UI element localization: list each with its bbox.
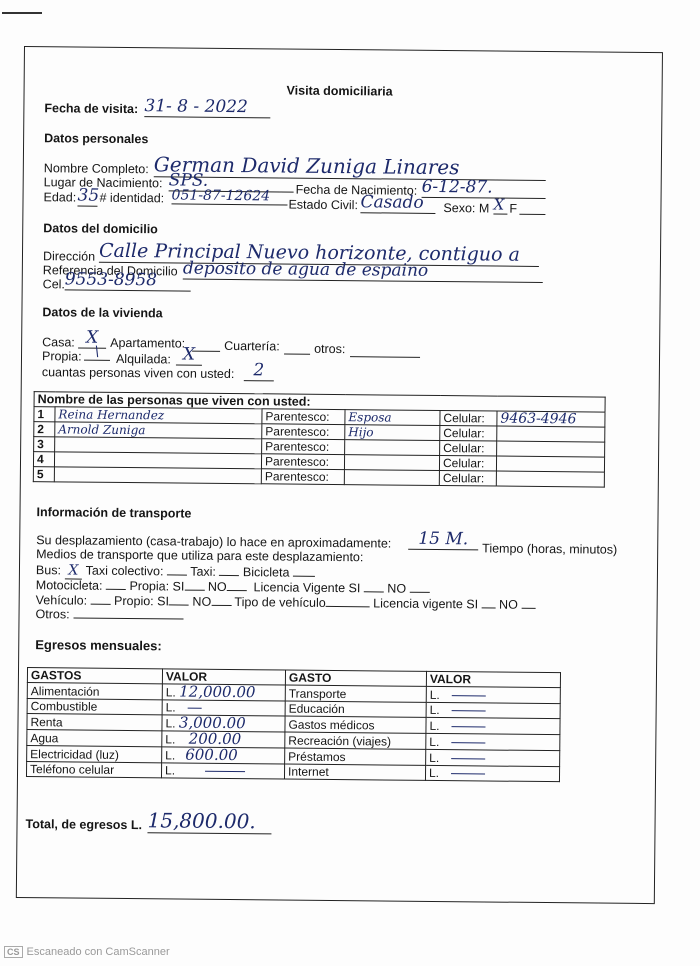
birthdate-value: 6-12-87. [422, 177, 546, 199]
expenses-heading: Egresos mensuales: [35, 637, 162, 653]
commute-value: 15 M. [408, 529, 478, 551]
cel-value: 9553-8958 [65, 269, 191, 291]
alquilada-label: Alquilada: [116, 352, 171, 367]
address-label: Dirección [43, 249, 95, 263]
otros-transport-row: Otros: [35, 605, 183, 622]
propia-label: Propia: [42, 349, 82, 363]
housing-heading: Datos de la vivienda [42, 305, 162, 320]
resident-name [54, 467, 261, 484]
sex-f-label: F [509, 202, 517, 216]
name-label: Nombre Completo: [44, 161, 149, 176]
resident-phone [497, 441, 605, 457]
expense-dash [452, 710, 486, 711]
transport-heading: Información de transporte [36, 505, 191, 520]
expense-dash [451, 773, 485, 774]
commute-unit: Tiempo (horas, minutos) [482, 541, 617, 556]
expense-dash [451, 758, 485, 759]
expenses-table: GASTOS VALOR GASTO VALOR Alimentación L.… [26, 667, 561, 782]
resident-phone [496, 471, 604, 487]
people-label: cuantas personas viven con usted: [42, 365, 235, 381]
visit-date-value: 31- 8 - 2022 [144, 96, 270, 118]
birthplace-label: Lugar de Nacimiento: [44, 175, 163, 190]
resident-relation: Hijo [345, 425, 440, 441]
scanner-watermark: CSEscaneado con CamScanner [4, 946, 170, 958]
sex-m-mark: X [493, 196, 507, 215]
apartamento-label: Apartamento: [110, 336, 185, 351]
residents-table: Nombre de las personas que viven con ust… [33, 391, 606, 487]
resident-relation [344, 455, 439, 471]
otros-label: otros: [314, 342, 345, 356]
form-page: Visita domiciliaria Fecha de visita: 31-… [16, 46, 663, 904]
resident-name: Arnold Zuniga [55, 422, 262, 439]
civil-label: Estado Civil: [288, 198, 358, 213]
resident-relation [345, 440, 440, 456]
expense-dash [451, 742, 485, 743]
cuarteria-label: Cuartería: [224, 339, 280, 354]
sex-label: Sexo: M [443, 201, 489, 215]
id-label: # identidad: [99, 191, 164, 206]
scan-corner-mark [2, 12, 42, 14]
total-value: 15,800.00. [147, 808, 271, 834]
resident-relation [344, 470, 439, 486]
otros-blank [350, 344, 420, 358]
age-label: Edad: [43, 190, 76, 204]
reference-value: deposito de agua de espaino [183, 259, 543, 283]
people-value: 2 [244, 360, 274, 381]
sex-f-blank [519, 202, 545, 215]
visit-date-label: Fecha de visita: [44, 101, 138, 116]
expense-dash [451, 726, 485, 727]
resident-phone [496, 456, 604, 472]
cuarteria-blank [284, 342, 310, 355]
expense-value: 600.00 [185, 746, 238, 765]
resident-name: Reina Hernandez [55, 407, 262, 424]
camscanner-logo-icon: CS [4, 946, 23, 958]
expense-dash [205, 771, 245, 772]
id-value: 051-87-12624 [171, 187, 287, 205]
alquilada-mark: X [176, 344, 202, 365]
total-label: Total, de egresos L. [25, 817, 142, 832]
personal-heading: Datos personales [44, 131, 148, 146]
cel-label: Cel. [43, 277, 65, 291]
propia-mark: \ [84, 344, 110, 361]
civil-value: Casado [360, 192, 435, 214]
resident-phone: 9463-4946 [497, 411, 605, 427]
resident-relation: Esposa [345, 410, 440, 426]
age-value: 35 [77, 186, 97, 207]
casa-label: Casa: [42, 335, 75, 349]
resident-phone [497, 426, 605, 442]
domicile-heading: Datos del domicilio [43, 221, 158, 236]
expense-value: 12,000.00 [179, 683, 256, 702]
expense-dash [188, 708, 202, 709]
form-title: Visita domiciliaria [287, 84, 393, 99]
expense-dash [452, 695, 486, 696]
